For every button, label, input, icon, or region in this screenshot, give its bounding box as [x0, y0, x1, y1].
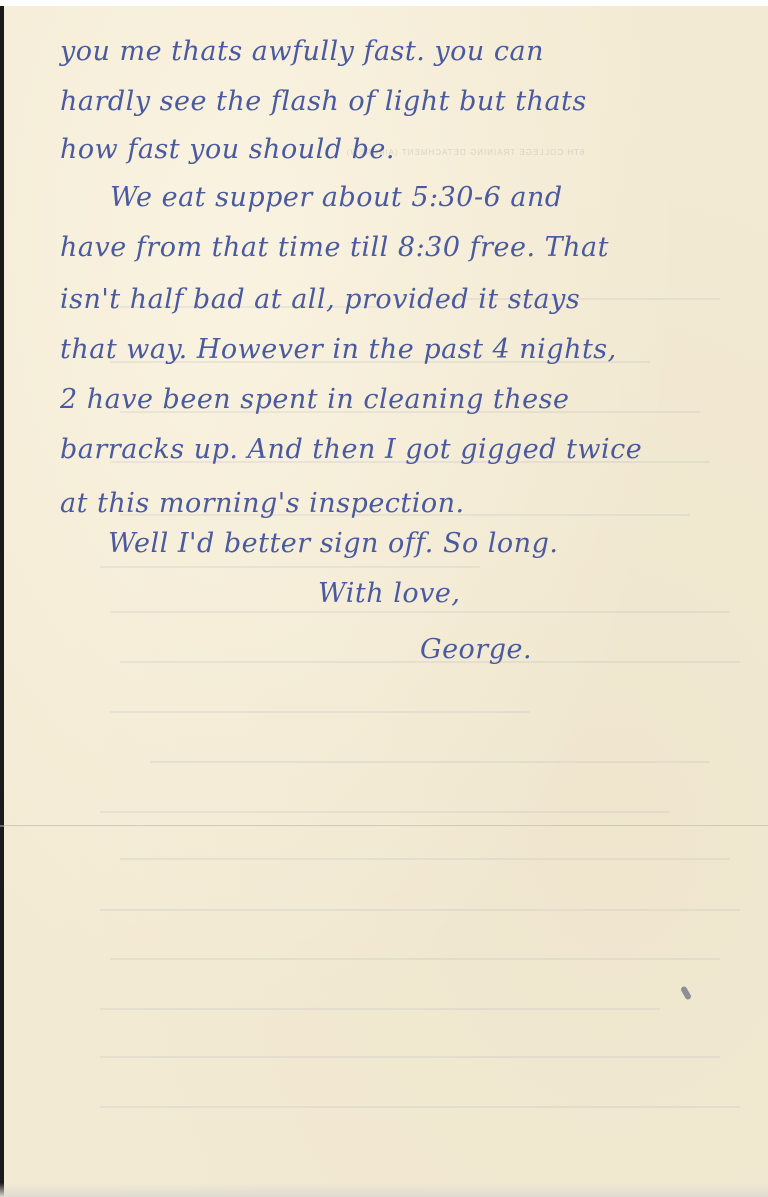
- letter-line-6: isn't half bad at all, provided it stays: [60, 284, 580, 315]
- letter-line-7: that way. However in the past 4 nights,: [60, 334, 617, 365]
- letter-line-5: have from that time till 8:30 free. That: [60, 232, 609, 263]
- ink-blot: [680, 985, 692, 1000]
- signature: George.: [420, 634, 532, 665]
- sign-off-line: Well I'd better sign off. So long.: [108, 528, 558, 559]
- letter-line-4: We eat supper about 5:30-6 and: [110, 182, 563, 213]
- scan-border: [0, 6, 4, 1197]
- salutation-line: With love,: [318, 578, 460, 609]
- letter-line-8: 2 have been spent in cleaning these: [60, 384, 570, 415]
- letter-line-2: hardly see the flash of light but thats: [60, 86, 587, 117]
- scan-bottom-edge: [0, 1183, 768, 1197]
- letter-line-10: at this morning's inspection.: [60, 488, 465, 519]
- letter-line-1: you me thats awfully fast. you can: [60, 36, 544, 67]
- paper-fold-crease: [0, 825, 768, 827]
- letter-line-3: how fast you should be.: [60, 134, 395, 165]
- letter-page: 6TH COLLEGE TRAINING DETACHMENT (AIRCREW…: [0, 6, 768, 1197]
- letter-line-9: barracks up. And then I got gigged twice: [60, 434, 642, 465]
